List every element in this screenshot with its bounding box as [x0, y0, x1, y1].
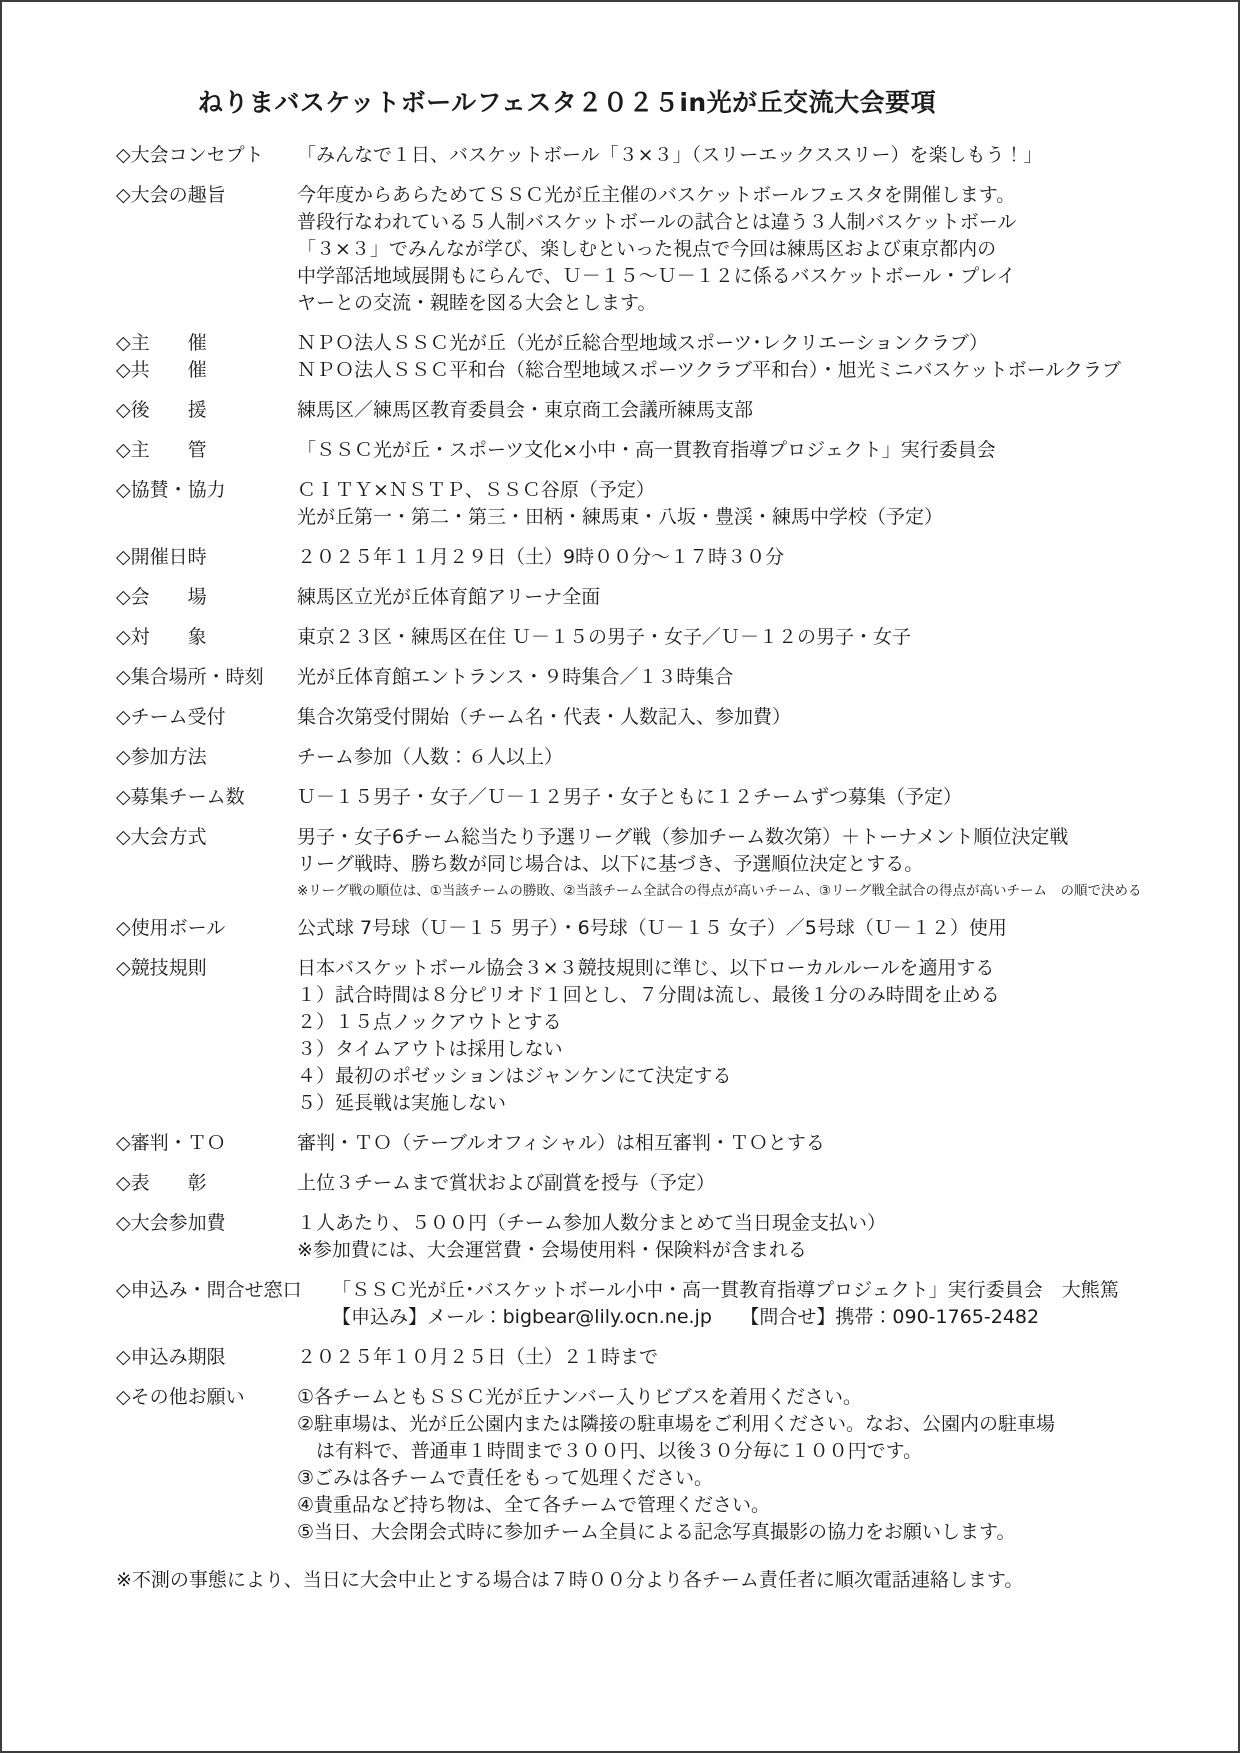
section-text-line: 日本バスケットボール協会３×３競技規則に準じ、以下ローカルルールを適用する — [297, 955, 1158, 982]
section-label: ◇大会方式 — [116, 824, 297, 851]
cancellation-notice: ※不測の事態により、当日に大会中止とする場合は７時００分より各チーム責任者に順次… — [116, 1567, 1158, 1594]
section-text-line: ２０２５年１１月２９日（土）9時００分～１７時３０分 — [297, 544, 1158, 571]
section-content: 光が丘体育館エントランス・９時集合／１３時集合 — [297, 664, 1158, 691]
section-application-contact: ◇申込み・問合せ窓口 「ＳＳＣ光が丘･バスケットボール小中・高一貫教育指導プロジ… — [116, 1277, 1158, 1331]
section-label: ◇表 彰 — [116, 1170, 297, 1197]
section-label: ◇募集チーム数 — [116, 784, 297, 811]
section-eligibility: ◇対 象 東京２３区・練馬区在住 Ｕ－１５の男子・女子／Ｕ－１２の男子・女子 — [116, 624, 1158, 651]
request-item: ③ごみは各チームで責任をもって処理ください。 — [297, 1465, 1158, 1492]
document-title: ねりまバスケットボールフェスタ２０２５in光が丘交流大会要項 — [116, 88, 1018, 118]
section-content: 上位３チームまで賞状および副賞を授与（予定） — [297, 1170, 1158, 1197]
section-text-line: ヤーとの交流・親睦を図る大会とします。 — [297, 290, 1158, 317]
section-label: ◇チーム受付 — [116, 704, 297, 731]
section-content: 集合次第受付開始（チーム名・代表・人数記入、参加費） — [297, 704, 1158, 731]
request-item: ④貴重品など持ち物は、全て各チームで管理ください。 — [297, 1492, 1158, 1519]
section-label: ◇協賛・協力 — [116, 477, 297, 504]
section-text-line: 練馬区／練馬区教育委員会・東京商工会議所練馬支部 — [297, 397, 1158, 424]
section-text-line: 光が丘体育館エントランス・９時集合／１３時集合 — [297, 664, 1158, 691]
section-text-line: 「ＳＳＣ光が丘･バスケットボール小中・高一貫教育指導プロジェクト」実行委員会 大… — [332, 1277, 1158, 1304]
section-label: ◇後 援 — [116, 397, 297, 424]
section-content: 東京２３区・練馬区在住 Ｕ－１５の男子・女子／Ｕ－１２の男子・女子 — [297, 624, 1158, 651]
section-content: ＮＰＯ法人ＳＳＣ平和台（総合型地域スポーツクラブ平和台）・旭光ミニバスケットボー… — [297, 357, 1158, 384]
section-text-line: Ｕ－１５男子・女子／Ｕ－１２男子・女子ともに１２チームずつ募集（予定） — [297, 784, 1158, 811]
section-label: ◇主 催 — [116, 330, 297, 357]
section-label: ◇対 象 — [116, 624, 297, 651]
section-content: 今年度からあらためてＳＳＣ光が丘主催のバスケットボールフェスタを開催します。 普… — [297, 182, 1158, 317]
section-tournament-purpose: ◇大会の趣旨 今年度からあらためてＳＳＣ光が丘主催のバスケットボールフェスタを開… — [116, 182, 1158, 317]
section-content: 練馬区立光が丘体育館アリーナ全面 — [297, 584, 1158, 611]
section-text-line: 「３×３」でみんなが学び、楽しむといった視点で今回は練馬区および東京都内の — [297, 236, 1158, 263]
section-label: ◇審判・ＴＯ — [116, 1130, 297, 1157]
section-content: チーム参加（人数：６人以上） — [297, 744, 1158, 771]
section-management: ◇主 管 「ＳＳＣ光が丘・スポーツ文化×小中・高一貫教育指導プロジェクト」実行委… — [116, 437, 1158, 464]
request-item: ②駐車場は、光が丘公園内または隣接の駐車場をご利用ください。なお、公園内の駐車場 — [297, 1411, 1158, 1438]
section-text-line: 「ＳＳＣ光が丘・スポーツ文化×小中・高一貫教育指導プロジェクト」実行委員会 — [297, 437, 1158, 464]
section-text-line: ＮＰＯ法人ＳＳＣ平和台（総合型地域スポーツクラブ平和台）・旭光ミニバスケットボー… — [297, 357, 1158, 384]
section-content: ＮＰＯ法人ＳＳＣ光が丘（光が丘総合型地域スポーツ･レクリエーションクラブ） — [297, 330, 1158, 357]
rule-item: １）試合時間は８分ピリオド１回とし、７分間は流し、最後１分のみ時間を止める — [297, 982, 1158, 1009]
section-text-line: ＣＩＴＹ×ＮＳＴＰ、ＳＳＣ谷原（予定） — [297, 477, 1158, 504]
section-sponsors: ◇協賛・協力 ＣＩＴＹ×ＮＳＴＰ、ＳＳＣ谷原（予定） 光が丘第一・第二・第三・田… — [116, 477, 1158, 531]
section-label: ◇会 場 — [116, 584, 297, 611]
section-co-organizer: ◇共 催 ＮＰＯ法人ＳＳＣ平和台（総合型地域スポーツクラブ平和台）・旭光ミニバス… — [116, 357, 1158, 384]
section-text-line: 審判・ＴＯ（テーブルオフィシャル）は相互審判・ＴＯとする — [297, 1130, 1158, 1157]
section-content: 「ＳＳＣ光が丘・スポーツ文化×小中・高一貫教育指導プロジェクト」実行委員会 — [297, 437, 1158, 464]
section-entry-fee: ◇大会参加費 １人あたり、５００円（チーム参加人数分まとめて当日現金支払い） ※… — [116, 1210, 1158, 1264]
section-organizer: ◇主 催 ＮＰＯ法人ＳＳＣ光が丘（光が丘総合型地域スポーツ･レクリエーションクラ… — [116, 330, 1158, 357]
request-item: ⑤当日、大会閉会式時に参加チーム全員による記念写真撮影の協力をお願いします。 — [297, 1519, 1158, 1546]
section-content: 男子・女子6チーム総当たり予選リーグ戦（参加チーム数次第）＋トーナメント順位決定… — [297, 824, 1158, 902]
section-label: ◇その他お願い — [116, 1384, 297, 1411]
section-content: ２０２５年１１月２９日（土）9時００分～１７時３０分 — [297, 544, 1158, 571]
section-text-line: 集合次第受付開始（チーム名・代表・人数記入、参加費） — [297, 704, 1158, 731]
section-other-requests: ◇その他お願い ①各チームともＳＳＣ光が丘ナンバー入りビブスを着用ください。 ②… — [116, 1384, 1158, 1546]
section-participation-method: ◇参加方法 チーム参加（人数：６人以上） — [116, 744, 1158, 771]
section-application-deadline: ◇申込み期限 ２０２５年１０月２５日（土）２１時まで — [116, 1344, 1158, 1371]
section-content: ①各チームともＳＳＣ光が丘ナンバー入りビブスを着用ください。 ②駐車場は、光が丘… — [297, 1384, 1158, 1546]
section-text-line: ※参加費には、大会運営費・会場使用料・保険料が含まれる — [297, 1237, 1158, 1264]
document-page: ねりまバスケットボールフェスタ２０２５in光が丘交流大会要項 ◇大会コンセプト … — [2, 2, 1238, 1751]
section-content: 練馬区／練馬区教育委員会・東京商工会議所練馬支部 — [297, 397, 1158, 424]
section-label: ◇申込み期限 — [116, 1344, 297, 1371]
section-content: Ｕ－１５男子・女子／Ｕ－１２男子・女子ともに１２チームずつ募集（予定） — [297, 784, 1158, 811]
section-label: ◇大会の趣旨 — [116, 182, 297, 209]
section-text-line: １人あたり、５００円（チーム参加人数分まとめて当日現金支払い） — [297, 1210, 1158, 1237]
rule-item: ３）タイムアウトは採用しない — [297, 1036, 1158, 1063]
section-label: ◇集合場所・時刻 — [116, 664, 297, 691]
section-text-line: 今年度からあらためてＳＳＣ光が丘主催のバスケットボールフェスタを開催します。 — [297, 182, 1158, 209]
section-date-time: ◇開催日時 ２０２５年１１月２９日（土）9時００分～１７時３０分 — [116, 544, 1158, 571]
league-ranking-note: ※リーグ戦の順位は、①当該チームの勝敗、②当該チーム全試合の得点が高いチーム、③… — [297, 880, 1158, 902]
section-tournament-concept: ◇大会コンセプト 「みんなで１日、バスケットボール「３×３」（スリーエックススリ… — [116, 142, 1158, 169]
section-referee-to: ◇審判・ＴＯ 審判・ＴＯ（テーブルオフィシャル）は相互審判・ＴＯとする — [116, 1130, 1158, 1157]
section-tournament-format: ◇大会方式 男子・女子6チーム総当たり予選リーグ戦（参加チーム数次第）＋トーナメ… — [116, 824, 1158, 902]
section-text-line: 男子・女子6チーム総当たり予選リーグ戦（参加チーム数次第）＋トーナメント順位決定… — [297, 824, 1158, 851]
section-support: ◇後 援 練馬区／練馬区教育委員会・東京商工会議所練馬支部 — [116, 397, 1158, 424]
section-ball: ◇使用ボール 公式球 7号球（Ｕ－１５ 男子）・6号球（Ｕ－１５ 女子）／5号球… — [116, 915, 1158, 942]
section-text-line: 普段行なわれている５人制バスケットボールの試合とは違う３人制バスケットボール — [297, 209, 1158, 236]
request-item: は有料で、普通車１時間まで３００円、以後３０分毎に１００円です。 — [297, 1438, 1158, 1465]
section-content: １人あたり、５００円（チーム参加人数分まとめて当日現金支払い） ※参加費には、大… — [297, 1210, 1158, 1264]
section-text-line: 東京２３区・練馬区在住 Ｕ－１５の男子・女子／Ｕ－１２の男子・女子 — [297, 624, 1158, 651]
section-text-line: 公式球 7号球（Ｕ－１５ 男子）・6号球（Ｕ－１５ 女子）／5号球（Ｕ－１２）使… — [297, 915, 1158, 942]
rule-item: ４）最初のポゼッションはジャンケンにて決定する — [297, 1063, 1158, 1090]
section-label: ◇大会コンセプト — [116, 142, 297, 169]
section-meeting-place-time: ◇集合場所・時刻 光が丘体育館エントランス・９時集合／１３時集合 — [116, 664, 1158, 691]
section-content: 日本バスケットボール協会３×３競技規則に準じ、以下ローカルルールを適用する １）… — [297, 955, 1158, 1117]
section-label: ◇使用ボール — [116, 915, 297, 942]
section-label: ◇大会参加費 — [116, 1210, 297, 1237]
section-text-line: 上位３チームまで賞状および副賞を授与（予定） — [297, 1170, 1158, 1197]
section-label: ◇参加方法 — [116, 744, 297, 771]
section-text-line: ２０２５年１０月２５日（土）２１時まで — [297, 1344, 1158, 1371]
contact-email-phone-line: 【申込み】メール：bigbear@lily.ocn.ne.jp 【問合せ】携帯：… — [332, 1304, 1158, 1331]
section-team-recruitment: ◇募集チーム数 Ｕ－１５男子・女子／Ｕ－１２男子・女子ともに１２チームずつ募集（… — [116, 784, 1158, 811]
section-label: ◇主 管 — [116, 437, 297, 464]
section-content: 「ＳＳＣ光が丘･バスケットボール小中・高一貫教育指導プロジェクト」実行委員会 大… — [332, 1277, 1158, 1331]
section-label: ◇申込み・問合せ窓口 — [116, 1277, 332, 1304]
section-text-line: 練馬区立光が丘体育館アリーナ全面 — [297, 584, 1158, 611]
section-text-line: 「みんなで１日、バスケットボール「３×３」（スリーエックススリー）を楽しもう！」 — [297, 142, 1158, 169]
section-content: ２０２５年１０月２５日（土）２１時まで — [297, 1344, 1158, 1371]
section-text-line: 光が丘第一・第二・第三・田柄・練馬東・八坂・豊渓・練馬中学校（予定） — [297, 504, 1158, 531]
section-rules: ◇競技規則 日本バスケットボール協会３×３競技規則に準じ、以下ローカルルールを適… — [116, 955, 1158, 1117]
section-text-line: ＮＰＯ法人ＳＳＣ光が丘（光が丘総合型地域スポーツ･レクリエーションクラブ） — [297, 330, 1158, 357]
section-label: ◇開催日時 — [116, 544, 297, 571]
section-text-line: チーム参加（人数：６人以上） — [297, 744, 1158, 771]
section-content: 「みんなで１日、バスケットボール「３×３」（スリーエックススリー）を楽しもう！」 — [297, 142, 1158, 169]
section-venue: ◇会 場 練馬区立光が丘体育館アリーナ全面 — [116, 584, 1158, 611]
section-label: ◇共 催 — [116, 357, 297, 384]
section-content: 公式球 7号球（Ｕ－１５ 男子）・6号球（Ｕ－１５ 女子）／5号球（Ｕ－１２）使… — [297, 915, 1158, 942]
section-label: ◇競技規則 — [116, 955, 297, 982]
request-item: ①各チームともＳＳＣ光が丘ナンバー入りビブスを着用ください。 — [297, 1384, 1158, 1411]
rule-item: ２）１５点ノックアウトとする — [297, 1009, 1158, 1036]
section-team-reception: ◇チーム受付 集合次第受付開始（チーム名・代表・人数記入、参加費） — [116, 704, 1158, 731]
section-text-line: 中学部活地域展開もにらんで、Ｕ－１５～Ｕ－１２に係るバスケットボール・プレイ — [297, 263, 1158, 290]
section-text-line: リーグ戦時、勝ち数が同じ場合は、以下に基づき、予選順位決定とする。 — [297, 851, 1158, 878]
section-awards: ◇表 彰 上位３チームまで賞状および副賞を授与（予定） — [116, 1170, 1158, 1197]
section-content: ＣＩＴＹ×ＮＳＴＰ、ＳＳＣ谷原（予定） 光が丘第一・第二・第三・田柄・練馬東・八… — [297, 477, 1158, 531]
section-content: 審判・ＴＯ（テーブルオフィシャル）は相互審判・ＴＯとする — [297, 1130, 1158, 1157]
rule-item: ５）延長戦は実施しない — [297, 1090, 1158, 1117]
